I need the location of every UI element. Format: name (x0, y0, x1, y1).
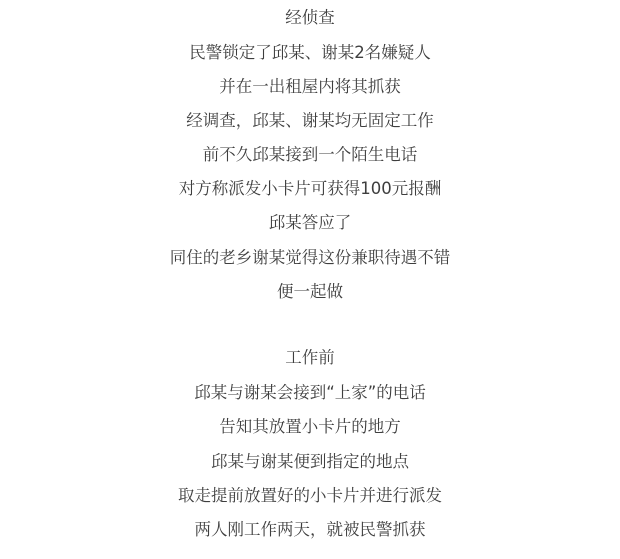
text-line: 工作前 (0, 346, 620, 370)
text-line: 经调查，邱某、谢某均无固定工作 (0, 109, 620, 133)
text-line: 民警锁定了邱某、谢某2名嫌疑人 (0, 41, 620, 65)
text-line: 告知其放置小卡片的地方 (0, 415, 620, 439)
text-line: 经侦查 (0, 6, 620, 30)
text-line: 邱某与谢某会接到“上家”的电话 (0, 381, 620, 405)
text-line: 并在一出租屋内将其抓获 (0, 75, 620, 99)
article-body: 经侦查 民警锁定了邱某、谢某2名嫌疑人 并在一出租屋内将其抓获 经调查，邱某、谢… (0, 0, 620, 559)
text-line: 邱某与谢某便到指定的地点 (0, 450, 620, 474)
text-line: 两人刚工作两天，就被民警抓获 (0, 518, 620, 542)
text-line: 同住的老乡谢某觉得这份兼职待遇不错 (0, 246, 620, 270)
text-line: 便一起做 (0, 280, 620, 304)
text-line: 取走提前放置好的小卡片并进行派发 (0, 484, 620, 508)
text-line: 前不久邱某接到一个陌生电话 (0, 143, 620, 167)
text-line: 对方称派发小卡片可获得100元报酬 (0, 177, 620, 201)
text-line: 邱某答应了 (0, 211, 620, 235)
